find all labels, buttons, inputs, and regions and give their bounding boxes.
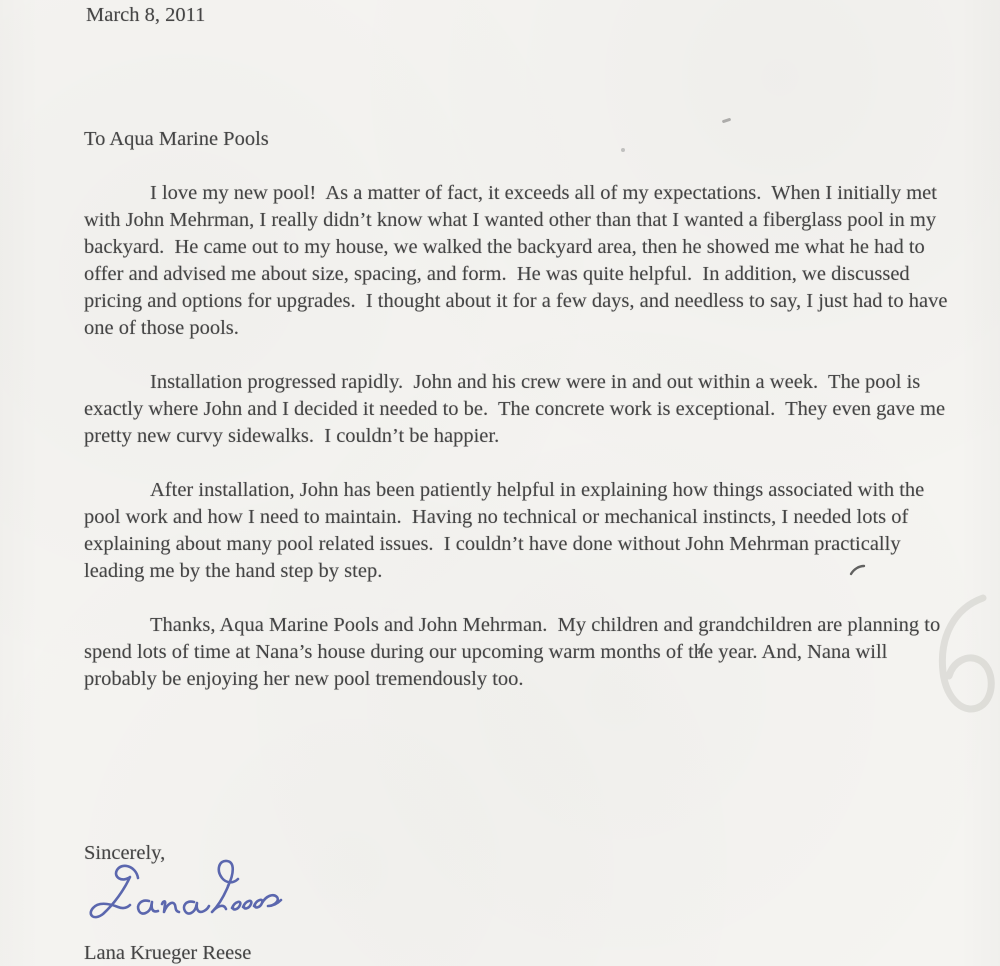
letter-body: I love my new pool! As a matter of fact,… xyxy=(84,180,960,720)
scanned-letter-page: March 8, 2011 To Aqua Marine Pools I lov… xyxy=(0,0,1000,966)
letter-paragraph: Thanks, Aqua Marine Pools and John Mehrm… xyxy=(84,612,960,693)
typed-signature-name: Lana Krueger Reese xyxy=(84,940,251,966)
letter-salutation: To Aqua Marine Pools xyxy=(84,126,269,153)
letter-date: March 8, 2011 xyxy=(86,2,205,29)
letter-paragraph: After installation, John has been patien… xyxy=(84,477,960,585)
scan-speck xyxy=(621,148,625,152)
scan-speck xyxy=(722,118,731,124)
letter-paragraph: I love my new pool! As a matter of fact,… xyxy=(84,180,960,342)
letter-paragraph: Installation progressed rapidly. John an… xyxy=(84,369,960,450)
signature-handwriting xyxy=(86,856,284,938)
